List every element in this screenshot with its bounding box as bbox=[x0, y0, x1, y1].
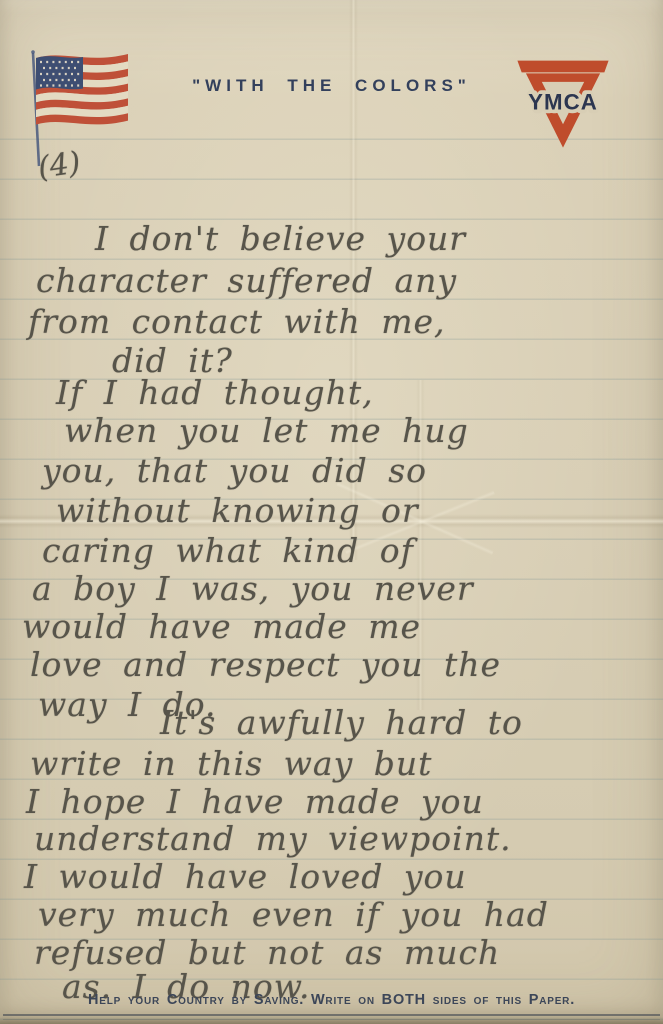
footer-rule bbox=[3, 1014, 660, 1016]
page-number: (4) bbox=[36, 145, 83, 186]
letter-line: very much even if you had bbox=[38, 898, 549, 931]
letter-line: refused but not as much bbox=[34, 936, 500, 969]
letter-line: caring what kind of bbox=[42, 534, 414, 567]
letter-line: love and respect you the bbox=[30, 648, 501, 681]
letter-line: when you let me hug bbox=[64, 414, 469, 447]
letter-line: I would have loved you bbox=[24, 860, 467, 893]
letter-line: I don't believe your bbox=[95, 222, 466, 255]
letter-line: It's awfully hard to bbox=[160, 706, 523, 739]
ymca-label: YMCA bbox=[528, 89, 598, 114]
letter-page: "WITH THE COLORS" YMCA YMCA (4) I don't … bbox=[0, 0, 663, 1024]
letter-line: If I had thought, bbox=[56, 376, 374, 409]
letter-line: you, that you did so bbox=[42, 454, 427, 487]
letter-line: write in this way but bbox=[30, 747, 432, 780]
letter-line: understand my viewpoint. bbox=[34, 822, 512, 855]
letter-line: from contact with me, bbox=[28, 305, 446, 338]
letter-line: without knowing or bbox=[56, 494, 419, 527]
letter-line: a boy I was, you never bbox=[32, 572, 474, 605]
scan-edge-shadow bbox=[0, 1017, 663, 1024]
ymca-triangle-icon: YMCA YMCA bbox=[510, 50, 616, 154]
letter-line: character suffered any bbox=[36, 264, 457, 297]
thrift-notice: Help your Country by Saving. Write on BO… bbox=[0, 992, 663, 1008]
letter-line: would have made me bbox=[22, 610, 421, 643]
letter-line: I hope I have made you bbox=[26, 785, 484, 818]
